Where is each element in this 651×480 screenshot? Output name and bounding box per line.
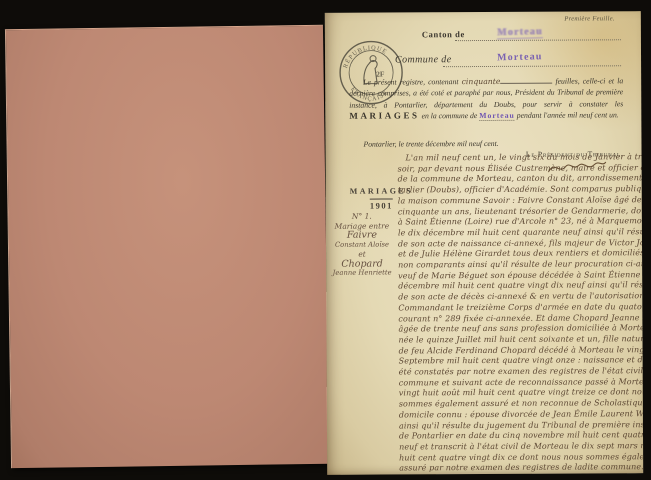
scanned-register-spread: Première Feuille. RÉPUBLIQUE FRANÇAISE 2…	[0, 0, 651, 480]
canton-fill-line	[455, 38, 621, 41]
sheet-number-label: Première Feuille.	[564, 15, 615, 22]
margin-year: 1901	[370, 198, 393, 210]
bride-firstnames: Jeanne Henriette	[328, 268, 396, 278]
canton-label: Canton de	[422, 29, 465, 39]
handwritten-sheet-count: cinquante	[462, 77, 501, 86]
groom-surname: Faivre	[328, 230, 396, 240]
margin-act-note: N° 1. Mariage entre Faivre Constant Aloï…	[328, 211, 396, 278]
act-number: N° 1.	[328, 211, 396, 221]
register-certification-paragraph: Le présent registre, contenant cinquante…	[349, 75, 623, 122]
mariages-keyword: MARIAGES	[349, 111, 419, 121]
groom-firstnames: Constant Aloïse	[328, 240, 396, 250]
svg-text:RÉPUBLIQUE: RÉPUBLIQUE	[342, 44, 389, 69]
commune-label: Commune de	[395, 54, 452, 65]
commune-fill-line	[443, 64, 621, 67]
pink-cover-page	[5, 25, 329, 468]
canton-name-stamp: Morteau	[497, 26, 543, 39]
paragraph-part3: en la commune de	[422, 111, 478, 120]
register-page: Première Feuille. RÉPUBLIQUE FRANÇAISE 2…	[325, 11, 643, 475]
marriage-act-handwritten-text: L'an mil neuf cent un, le vingt six du m…	[398, 152, 643, 474]
commune-name-stamp: Morteau	[497, 51, 543, 64]
commune-stamp-inline: Morteau	[479, 111, 515, 121]
paragraph-part4: pendant l'année mil neuf cent un.	[517, 111, 619, 121]
bride-surname: Chopard	[328, 259, 396, 269]
paragraph-part1: Le présent registre, contenant	[363, 77, 458, 86]
fill-dash-line	[500, 76, 552, 84]
dateline: Pontarlier, le trente décembre mil neuf …	[363, 139, 498, 149]
